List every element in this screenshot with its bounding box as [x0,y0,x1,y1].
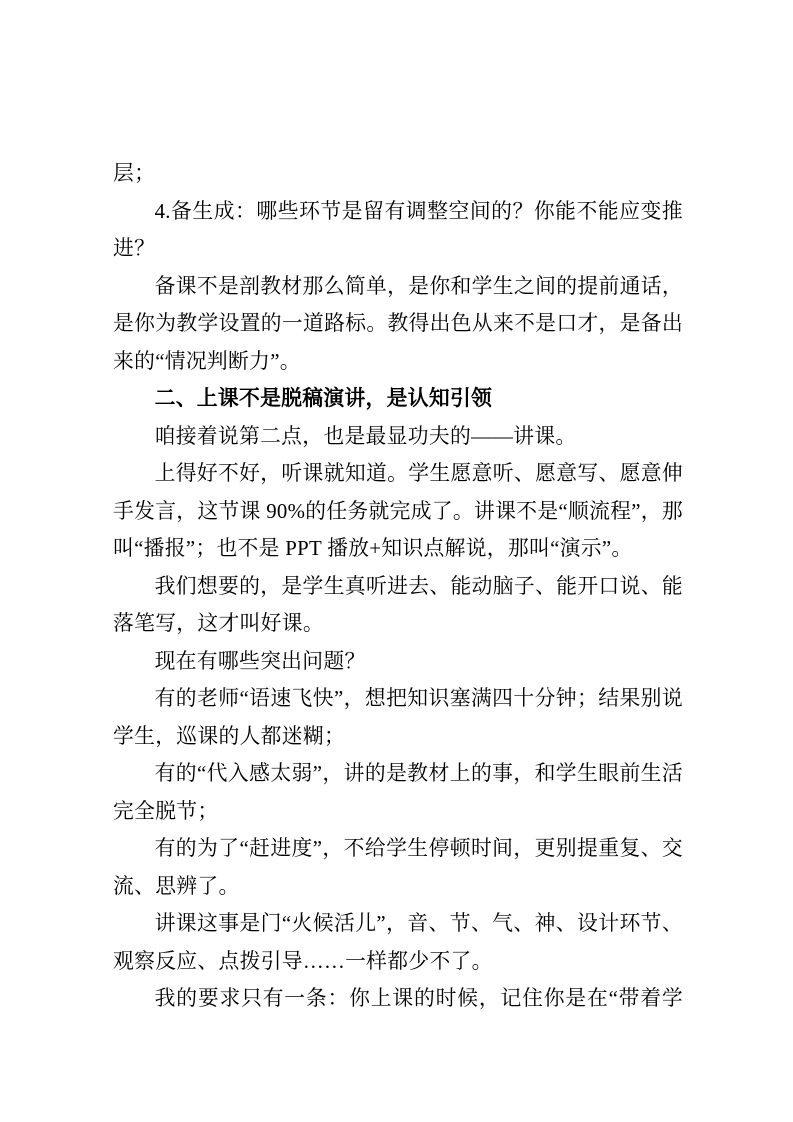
text-line: 进？ [113,230,683,268]
text-line: 流、思辨了。 [113,868,683,906]
text-line: 现在有哪些突出问题？ [113,643,683,681]
section-heading-2: 二、上课不是脱稿演讲，是认知引领 [113,380,683,418]
text-line: 讲课这事是门“火候活儿”，音、节、气、神、设计环节、 [113,905,683,943]
document-page: 层； 4.备生成：哪些环节是留有调整空间的？你能不能应变推 进？ 备课不是剖教材… [0,0,793,1122]
text-line-numbered-item-4: 4.备生成：哪些环节是留有调整空间的？你能不能应变推 [113,193,683,231]
text-line: 叫“播报”；也不是 PPT 播放+知识点解说，那叫“演示”。 [113,530,683,568]
text-line: 上得好不好，听课就知道。学生愿意听、愿意写、愿意伸 [113,455,683,493]
text-line: 有的“代入感太弱”，讲的是教材上的事，和学生眼前生活 [113,755,683,793]
text-line: 有的老师“语速飞快”，想把知识塞满四十分钟；结果别说 [113,680,683,718]
text-line: 咱接着说第二点，也是最显功夫的——讲课。 [113,418,683,456]
text-line: 来的“情况判断力”。 [113,343,683,381]
text-line: 是你为教学设置的一道路标。教得出色从来不是口才，是备出 [113,305,683,343]
text-line: 有的为了“赶进度”，不给学生停顿时间，更别提重复、交 [113,830,683,868]
text-line: 手发言，这节课 90%的任务就完成了。讲课不是“顺流程”，那 [113,493,683,531]
text-line: 完全脱节； [113,793,683,831]
text-line: 备课不是剖教材那么简单，是你和学生之间的提前通话， [113,268,683,306]
text-line: 我的要求只有一条：你上课的时候，记住你是在“带着学 [113,980,683,1018]
text-line: 落笔写，这才叫好课。 [113,605,683,643]
document-text-block: 层； 4.备生成：哪些环节是留有调整空间的？你能不能应变推 进？ 备课不是剖教材… [113,155,683,1018]
text-line: 层； [113,155,683,193]
text-line: 学生，巡课的人都迷糊； [113,718,683,756]
text-line: 观察反应、点拨引导……一样都少不了。 [113,943,683,981]
text-line: 我们想要的，是学生真听进去、能动脑子、能开口说、能 [113,568,683,606]
